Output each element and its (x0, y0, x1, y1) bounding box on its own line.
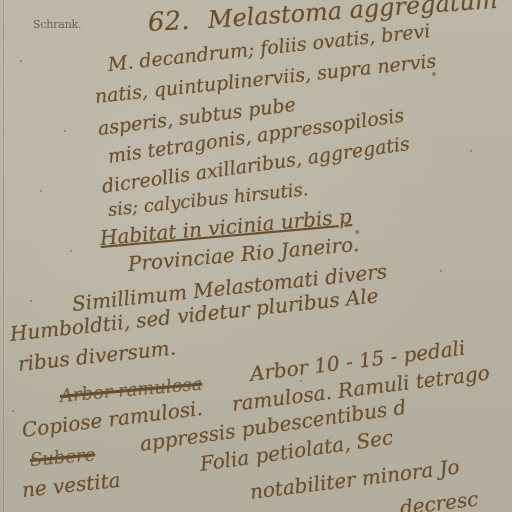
paper-speck (300, 380, 302, 382)
paper-speck (40, 190, 42, 192)
struck-word: Subere (29, 444, 96, 471)
paper-speck (432, 72, 436, 76)
paper-speck (355, 230, 359, 234)
paper-speck (70, 250, 72, 252)
text-line: decresc (399, 486, 480, 512)
paper-speck (64, 130, 66, 132)
text-line: ne vestita (21, 468, 122, 502)
paper-speck (30, 300, 32, 302)
collector-stamp: Schrank. (33, 18, 81, 31)
entry-number: 62. (147, 6, 190, 38)
paper-speck (20, 60, 22, 62)
manuscript-page: Schrank. 62. Melastoma aggregatum M. dec… (0, 0, 512, 512)
page-edge-line (3, 0, 4, 512)
paper-speck (470, 150, 472, 152)
paper-speck (12, 410, 14, 412)
paper-speck (440, 270, 442, 272)
